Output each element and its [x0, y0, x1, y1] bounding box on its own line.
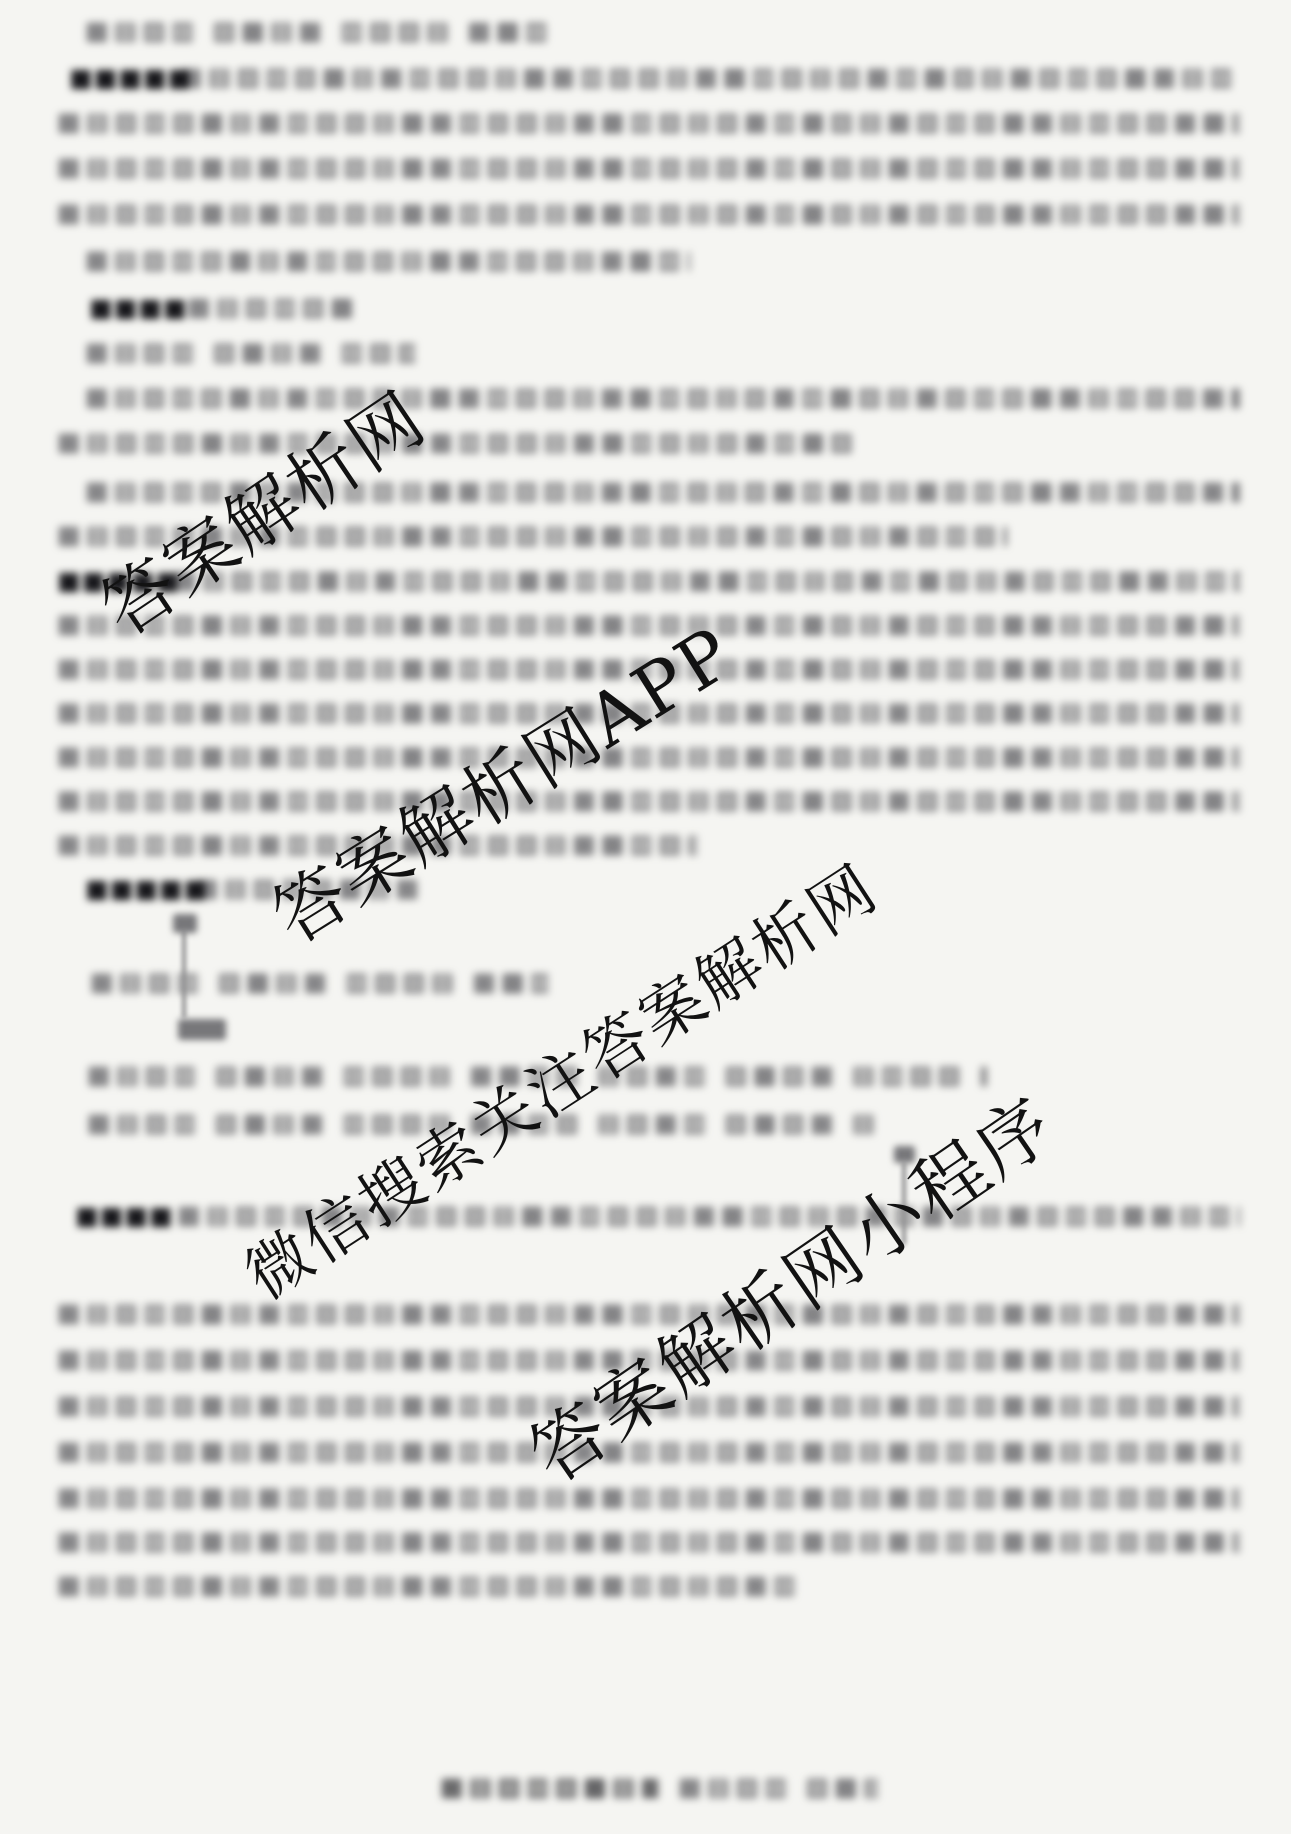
blurred-glyph-run: ▦▤▨▥▧▩▤▦▥▨▧▤▩▦▥▨▧▤▦▩▥▨▤▧▦▥▩▨▤▦▧▥▨▩▦▤▥▧▨▦…	[57, 198, 1240, 227]
blurred-glyph-run: ▦▤▨▥▧▩▤▦▥▨▧▤▩▦▥▨▧▤▦▩▥▨▤▧▦▥▩▨▤▦▧▥▨▩▦▤	[85, 245, 690, 274]
blurred-glyph-run: ▦▤▨▥ ▧▩▤▦ ▥▨▧▤	[678, 1772, 878, 1801]
blurred-text-line: ▦▤▨▥▧▩▤▦▥▨▧▤▩▦▥▨▧▤▦▩▥▨▤▧▦▥▩▨▤▦▧▥▨▩▦▤▥▧▨▦…	[57, 105, 1240, 143]
blurred-text-line: ■■■■▦▤▨▥▧▩▤▦▥▨▧▤▩▦▥▨▧▤▦▩▥▨▤▧▦▥▩▨▤▦▧▥▨▩▦▤…	[57, 1198, 1240, 1236]
blurred-text-line: ■■■■■▦▤▨▥▧▩▤▦▥▨▧▤▩▦▥▨▧▤▦▩▥▨▤▧▦▥▩▨▤▦▧▥▨▩▦…	[57, 60, 1240, 98]
blurred-text-line: ▦▤▨▥▧▩▤▦▥▨▧▤▩▦▥▨▧▤▦▩▥▨▤▧▦▥▩▨▤▦▧▥▨▩▦▤▥▧▨▦…	[57, 1524, 1240, 1562]
blurred-glyph-run: ▦▤▨▥▧▩▤▦▥▨▧▤▩▦▥▨▧▤▦▩	[187, 292, 357, 321]
blurred-glyph-run: ▦▤▨▥ ▧▩▤▦ ▥▨▧▤ ▦▩▥▨ ▤▧▦▥ ▨	[85, 16, 555, 45]
blurred-bold-label: ■■■■■	[69, 61, 192, 95]
blurred-text-line: ▦▤▨▥ ▧▩▤▦ ▥▨▧▤ ▦▩▥▨	[85, 335, 415, 373]
blurred-glyph-run: ▦▤▨▥▧▩▤▦▥▨▧▤▩▦▥▨	[440, 1772, 658, 1801]
blurred-text-line: ▦▤▨▥▧▩▤▦▥▨▧▤▩▦▥▨▧▤▦▩▥▨▤▧▦▥▩▨▤▦▧▥▨▩▦▤▥▧▨▦…	[85, 380, 1240, 418]
blurred-text-line: ▦▤▨▥▧▩▤▦▥▨▧▤▩▦▥▨▧▤▦▩▥▨▤▧▦▥▩▨▤▦▧▥▨▩▦▤▥▧▨▦…	[57, 425, 852, 463]
blurred-bold-label: ■■■■	[89, 291, 187, 325]
blurred-text-line: ▦▤▨▥▧▩▤▦▥▨▧▤▩▦▥▨▧▤▦▩▥▨▤▧▦▥▩▨▤▦▧▥▨▩▦▤▥▧▨▦…	[57, 196, 1240, 234]
blurred-glyph-run: ▦▤▨▥▧▩▤▦▥▨▧▤▩▦▥▨▧▤▦▩▥▨▤▧▦▥▩▨▤▦▧▥▨▩▦▤▥▧▨▦…	[57, 785, 1240, 814]
blurred-glyph-run: ▦▤▨▥▧▩▤▦▥▨▧▤▩▦▥▨▧▤▦▩▥▨▤▧▦▥▩▨▤▦▧▥▨▩▦▤▥▧▨▦…	[57, 107, 1240, 136]
blurred-text-line: ▦▤▨▥ ▧▩▤▦ ▥▨▧▤ ▦▩▥▨ ▤▧▦▥	[90, 965, 548, 1003]
blurred-bold-label: ■■■■■	[85, 872, 208, 906]
blurred-glyph-run: ▦▤▨▥▧▩▤▦▥▨▧▤▩▦▥▨▧▤▦▩▥▨▤▧▦▥▩▨▤▦▧▥▨▩▦▤▥▧▨▦…	[57, 1482, 1240, 1511]
blurred-text-line: ▦▤▨▥▧▩▤▦▥▨▧▤▩▦▥▨▧▤▦▩▥▨▤▧▦▥▩▨▤▦▧▥▨▩▦▤▥▧▨▦…	[57, 783, 1240, 821]
blurred-text-line: ▦▤▨▥▧▩▤▦▥▨▧▤▩▦▥▨▧▤▦▩▥▨▤▧▦▥▩▨▤▦▧▥▨▩▦▤▥▧▨▦…	[57, 1568, 802, 1606]
scanned-answer-key-page: ▦▤▨▥ ▧▩▤▦ ▥▨▧▤ ▦▩▥▨ ▤▧▦▥ ▨■■■■■▦▤▨▥▧▩▤▦▥…	[0, 0, 1291, 1834]
blurred-text-line: ▦▤▨▥ ▧▩▤▦ ▥▨▧▤ ▦▩▥▨ ▤▧▦▥ ▨	[85, 14, 555, 52]
footer-page-number-blurred: ▦▤▨▥ ▧▩▤▦ ▥▨▧▤	[678, 1770, 878, 1808]
blurred-glyph-run: ▦▤▨▥▧▩▤▦▥▨▧▤▩▦▥▨▧▤▦▩▥▨▤▧▦▥▩▨▤▦▧▥▨▩▦▤▥▧▨▦…	[173, 565, 1240, 594]
blurred-glyph-run: ▦▤▨▥▧▩▤▦▥▨▧▤▩▦▥▨▧▤▦▩▥▨▤▧▦▥▩▨▤▦▧▥▨▩▦▤▥▧▨▦…	[57, 427, 852, 456]
blurred-glyph-run: ▦▤▨▥▧▩▤▦▥▨▧▤▩▦▥▨▧▤▦▩▥▨▤▧▦▥▩▨▤▦▧▥▨▩▦▤▥▧▨▦…	[57, 152, 1240, 181]
blurred-bold-label: ■■■■	[75, 1199, 173, 1233]
blurred-glyph-run: ▦▤▨▥▧▩▤▦▥▨▧▤▩▦▥▨▧▤▦▩▥▨▤▧▦▥▩▨▤▦▧▥▨▩▦▤▥▧▨▦…	[179, 62, 1240, 91]
blurred-structure-figure-1-label-blob	[173, 914, 197, 933]
blurred-text-line: ▦▤▨▥▧▩▤▦▥▨▧▤▩▦▥▨▧▤▦▩▥▨▤▧▦▥▩▨▤▦▧▥▨▩▦▤▥▧▨▦…	[57, 150, 1240, 188]
blurred-glyph-run: ▦▤▨▥▧▩▤▦▥▨▧▤▩▦▥▨▧▤▦▩▥▨▤▧▦▥▩▨▤▦▧▥▨▩▦▤▥▧▨▦…	[57, 1526, 1240, 1555]
blurred-text-line: ■■■■▦▤▨▥▧▩▤▦▥▨▧▤▩▦▥▨▧▤▦▩	[57, 290, 357, 328]
blurred-structure-figure-1-label-blob	[178, 1019, 226, 1040]
footer-title-blurred: ▦▤▨▥▧▩▤▦▥▨▧▤▩▦▥▨	[440, 1770, 658, 1808]
blurred-glyph-run: ▦▤▨▥▧▩▤▦▥▨▧▤▩▦▥▨▧▤▦▩▥▨▤▧▦▥▩▨▤▦▧▥▨▩▦▤▥▧▨▦…	[85, 382, 1240, 411]
blurred-text-line: ▦▤▨▥▧▩▤▦▥▨▧▤▩▦▥▨▧▤▦▩▥▨▤▧▦▥▩▨▤▦▧▥▨▩▦▤	[85, 243, 690, 281]
blurred-glyph-run: ▦▤▨▥ ▧▩▤▦ ▥▨▧▤ ▦▩▥▨	[85, 337, 415, 366]
blurred-glyph-run: ▦▤▨▥▧▩▤▦▥▨▧▤▩▦▥▨▧▤▦▩▥▨▤▧▦▥▩▨▤▦▧▥▨▩▦▤▥▧▨▦…	[57, 1570, 802, 1599]
blurred-glyph-run: ▦▤▨▥ ▧▩▤▦ ▥▨▧▤ ▦▩▥▨ ▤▧▦▥	[90, 967, 548, 996]
blurred-text-line: ▦▤▨▥▧▩▤▦▥▨▧▤▩▦▥▨▧▤▦▩▥▨▤▧▦▥▩▨▤▦▧▥▨▩▦▤▥▧▨▦…	[57, 1480, 1240, 1518]
blurred-structure-figure-1-vertical-line	[182, 930, 186, 1018]
